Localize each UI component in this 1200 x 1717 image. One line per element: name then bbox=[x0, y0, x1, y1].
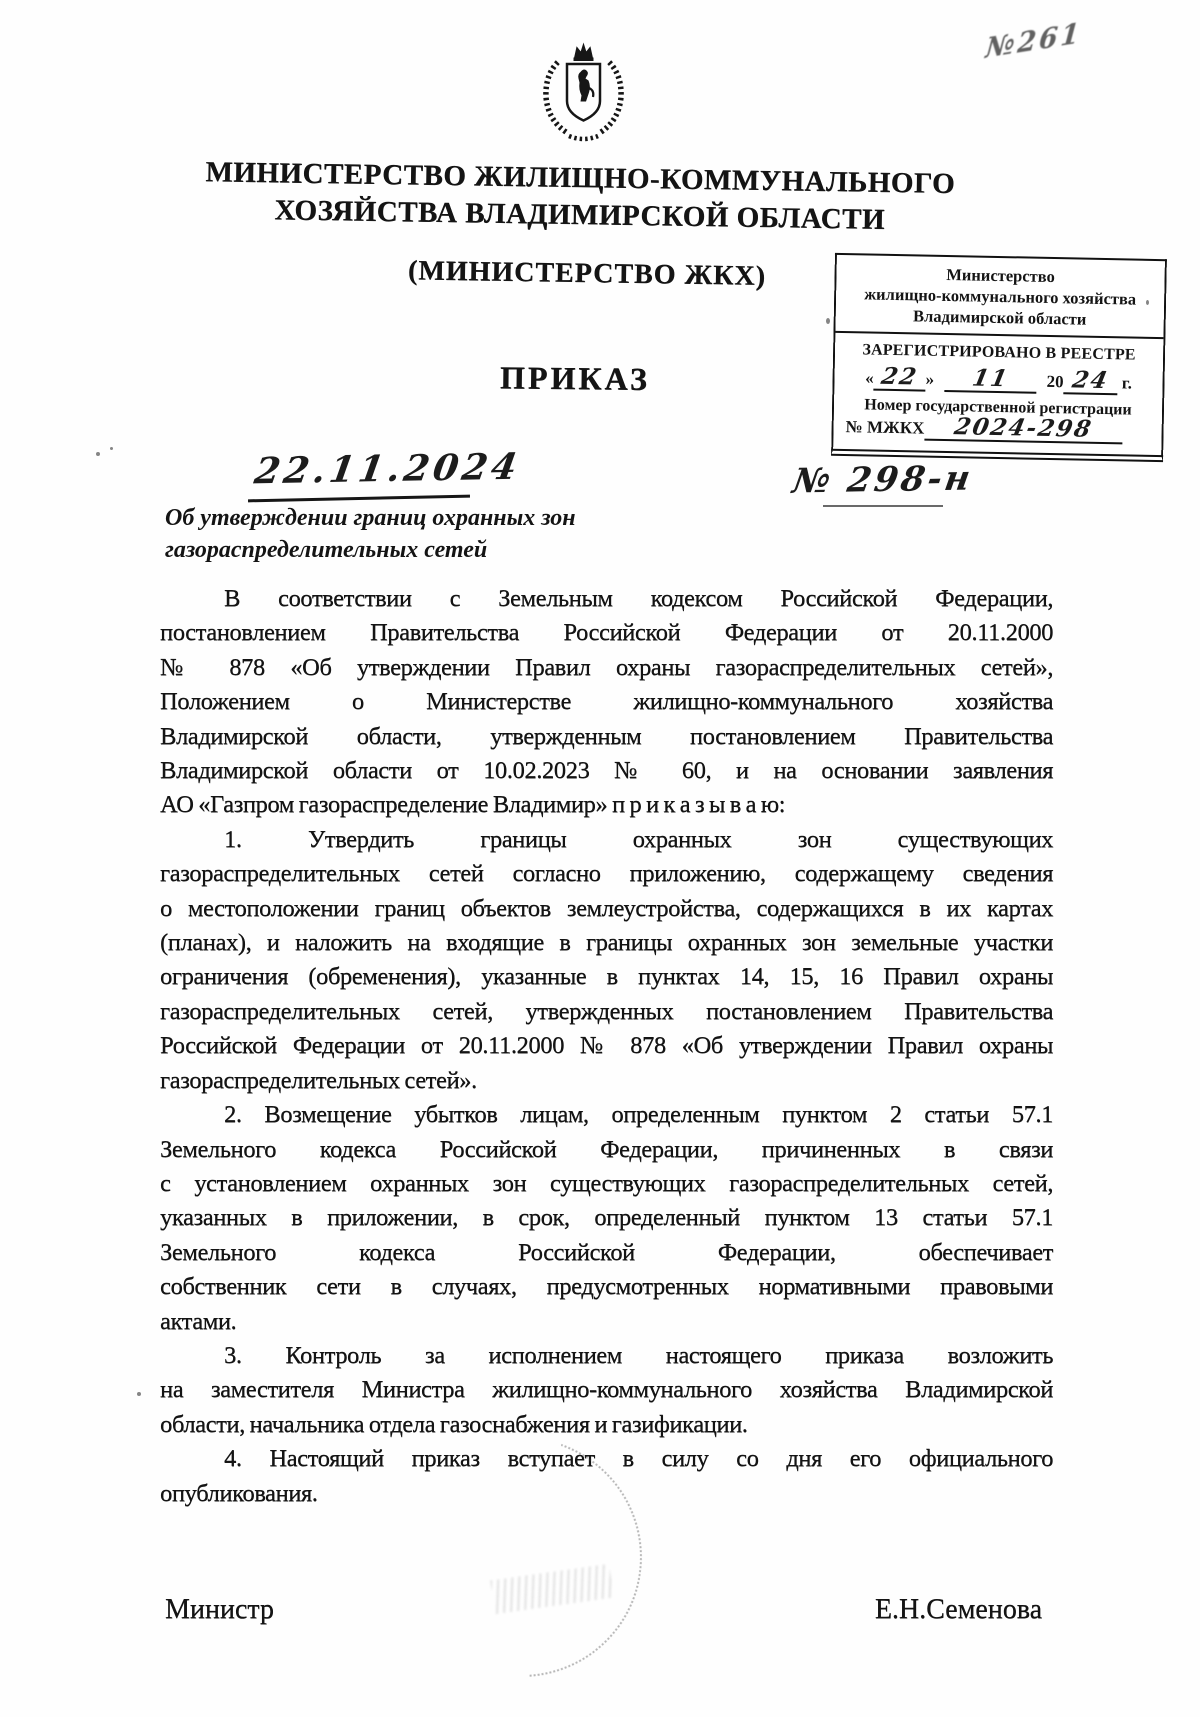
subject-line1: Об утверждении границ охранных зон bbox=[165, 502, 725, 534]
stamp-registration-section: ЗАРЕГИСТРИРОВАНО В РЕЕСТРЕ «22» 11 2024 … bbox=[833, 333, 1163, 455]
text-line: области, начальника отдела газоснабжения… bbox=[160, 1408, 1053, 1442]
text-line: 2. Возмещение убытков лицам, определенны… bbox=[160, 1098, 1053, 1132]
quote-close: » bbox=[925, 370, 934, 389]
vladimir-oblast-coat-of-arms-icon bbox=[536, 42, 631, 147]
corner-handwritten-note: №261 bbox=[984, 18, 1083, 65]
text-line: Владимирской области, утвержденным поста… bbox=[160, 720, 1053, 754]
text-line: В соответствии с Земельным кодексом Росс… bbox=[160, 582, 1053, 616]
text-line: ограничения (обременения), указанные в п… bbox=[160, 960, 1053, 994]
text-line: собственник сети в случаях, предусмотрен… bbox=[160, 1270, 1053, 1304]
stamp-reg-number-row: № МЖКХ2024-298 bbox=[843, 416, 1151, 445]
stamp-year-suffix: г. bbox=[1122, 373, 1132, 392]
stamp-date-row: «22» 11 2024 г. bbox=[844, 367, 1152, 396]
text-line: указанных в приложении, в срок, определе… bbox=[160, 1201, 1053, 1235]
scan-speckle bbox=[96, 452, 100, 456]
document-body: В соответствии с Земельным кодексом Росс… bbox=[160, 582, 1053, 1511]
order-item-3: 3. Контроль за исполнением настоящего пр… bbox=[160, 1339, 1053, 1442]
registration-stamp: Министерство жилищно-коммунального хозяй… bbox=[831, 253, 1167, 462]
stamp-organization: Министерство жилищно-коммунального хозяй… bbox=[835, 255, 1164, 339]
scan-speckle bbox=[826, 318, 830, 324]
order-item-2: 2. Возмещение убытков лицам, определенны… bbox=[160, 1098, 1053, 1339]
stamp-year-handwritten: 24 bbox=[1071, 371, 1111, 390]
subject-line2: газораспределительных сетей bbox=[165, 534, 725, 566]
text-line: № 878 «Об утверждении Правил охраны газо… bbox=[160, 651, 1053, 685]
scan-speckle bbox=[137, 1392, 141, 1396]
stamp-reg-number-handwritten: 2024-298 bbox=[953, 418, 1094, 439]
text-line: газораспределительных сетей». bbox=[160, 1064, 1053, 1098]
text-line: Положением о Министерстве жилищно-коммун… bbox=[160, 685, 1053, 719]
document-number-handwritten: № 298-н bbox=[790, 458, 976, 501]
text-line: газораспределительных сетей, утвержденны… bbox=[160, 995, 1053, 1029]
stamp-month-handwritten: 11 bbox=[971, 370, 1011, 389]
text-line: постановлением Правительства Российской … bbox=[160, 616, 1053, 650]
signer-position: Министр bbox=[165, 1594, 274, 1626]
text-line: на заместителя Министра жилищно-коммунал… bbox=[160, 1373, 1053, 1407]
text-line: 1. Утвердить границы охранных зон сущест… bbox=[160, 823, 1053, 857]
scan-speckle bbox=[110, 447, 113, 450]
scan-speckle bbox=[1146, 300, 1149, 305]
stamp-registered-label: ЗАРЕГИСТРИРОВАНО В РЕЕСТРЕ bbox=[845, 341, 1153, 365]
stamp-reg-number-prefix: № МЖКХ bbox=[845, 417, 924, 438]
preamble-paragraph: В соответствии с Земельным кодексом Росс… bbox=[160, 582, 1053, 823]
text-line: Российской Федерации от 20.11.2000 № 878… bbox=[160, 1029, 1053, 1063]
text-line: актами. bbox=[160, 1305, 1053, 1339]
document-subject: Об утверждении границ охранных зон газор… bbox=[165, 502, 725, 566]
order-item-1: 1. Утвердить границы охранных зон сущест… bbox=[160, 823, 1053, 1098]
stamp-year-prefix: 20 bbox=[1046, 372, 1063, 391]
text-line: АО «Газпром газораспределение Владимир» … bbox=[160, 788, 1053, 822]
document-type-title: ПРИКАЗ bbox=[500, 359, 650, 398]
signer-name: Е.Н.Семенова bbox=[875, 1594, 1042, 1626]
scanned-order-document: №261 МИНИСТЕРСТВО ЖИЛИЩНО-КОММУНАЛЬНОГО … bbox=[0, 0, 1200, 1717]
text-line: Владимирской области от 10.02.2023 № 60,… bbox=[160, 754, 1053, 788]
text-line: Земельного кодекса Российской Федерации,… bbox=[160, 1236, 1053, 1270]
text-line: о местоположении границ объектов землеус… bbox=[160, 892, 1053, 926]
number-underline bbox=[823, 505, 943, 507]
text-line: 3. Контроль за исполнением настоящего пр… bbox=[160, 1339, 1053, 1373]
quote-open: « bbox=[865, 368, 874, 387]
stamp-day-handwritten: 22 bbox=[880, 368, 920, 387]
signature-row: Министр Е.Н.Семенова bbox=[165, 1594, 1042, 1626]
text-line: газораспределительных сетей согласно при… bbox=[160, 857, 1053, 891]
organization-short-name: (МИНИСТЕРСТВО ЖКХ) bbox=[408, 255, 766, 293]
text-line: Земельного кодекса Российской Федерации,… bbox=[160, 1133, 1053, 1167]
document-date-handwritten: 22.11.2024 bbox=[252, 446, 524, 493]
text-line: (планах), и наложить на входящие в грани… bbox=[160, 926, 1053, 960]
organization-name: МИНИСТЕРСТВО ЖИЛИЩНО-КОММУНАЛЬНОГО ХОЗЯЙ… bbox=[129, 153, 1030, 241]
text-line: с установлением охранных зон существующи… bbox=[160, 1167, 1053, 1201]
